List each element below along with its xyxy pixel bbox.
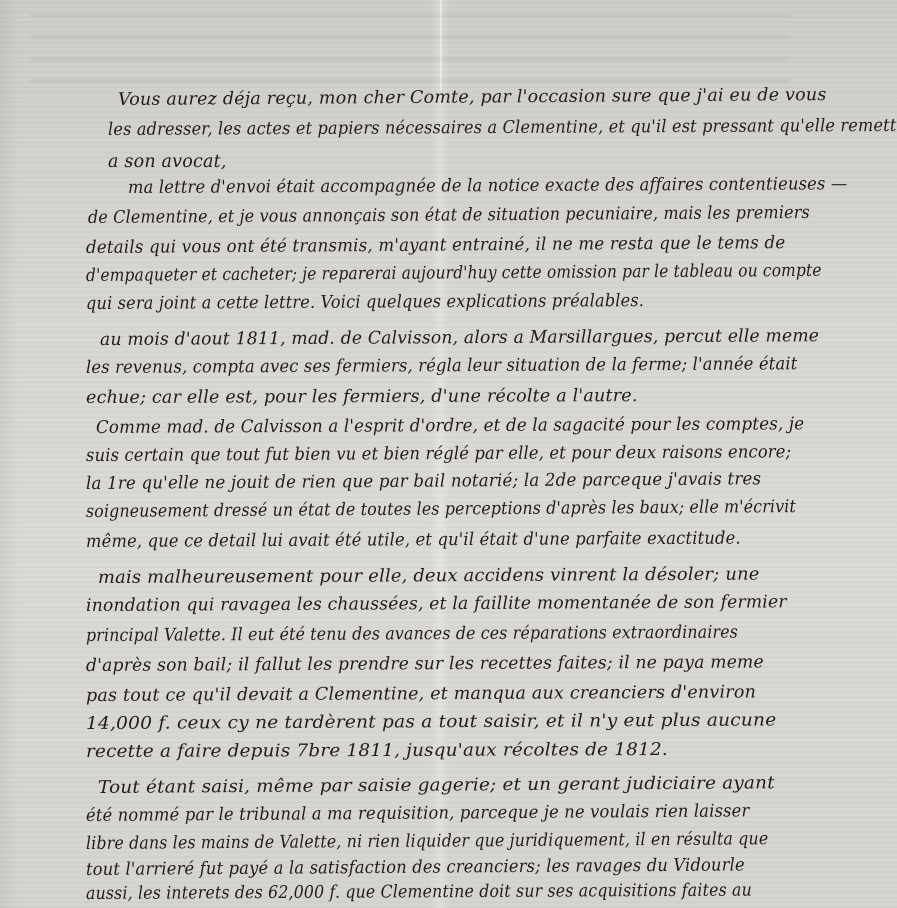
text-line: echue; car elle est, pour les fermiers, … (86, 386, 638, 408)
text-line: recette a faire depuis 7bre 1811, jusqu'… (86, 740, 668, 762)
text-line: Vous aurez déja reçu, mon cher Comte, pa… (118, 85, 827, 110)
text-line: Tout étant saisi, même par saisie gageri… (98, 773, 775, 798)
text-line: pas tout ce qu'il devait a Clementine, e… (86, 682, 756, 706)
text-line: a son avocat, (108, 152, 227, 172)
text-line: d'après son bail; il fallut les prendre … (86, 652, 764, 676)
text-line: aussi, les interets des 62,000 f. que Cl… (86, 881, 752, 904)
text-line: mais malheureusement pour elle, deux acc… (98, 565, 760, 588)
text-line: de Clementine, et je vous annonçais son … (88, 203, 810, 228)
text-line: Comme mad. de Calvisson a l'esprit d'ord… (96, 414, 804, 438)
manuscript-page: Vous aurez déja reçu, mon cher Comte, pa… (0, 0, 897, 908)
text-line: qui sera joint a cette lettre. Voici que… (86, 291, 644, 314)
text-line: tout l'arrieré fut payé a la satisfactio… (86, 855, 745, 880)
text-line: principal Valette. Il eut été tenu des a… (86, 623, 738, 646)
text-line: même, que ce detail lui avait été utile,… (86, 529, 741, 552)
text-line: au mois d'aout 1811, mad. de Calvisson, … (100, 326, 819, 350)
text-line: été nommé par le tribunal a ma requisiti… (86, 801, 750, 826)
text-line: inondation qui ravagea les chaussées, et… (86, 592, 787, 616)
text-line: les revenus, compta avec ses fermiers, r… (86, 354, 798, 378)
text-line: libre dans les mains de Valette, ni rien… (86, 829, 768, 854)
text-line: suis certain que tout fut bien vu et bie… (86, 442, 791, 466)
text-line: d'empaqueter et cacheter; je reparerai a… (86, 261, 822, 286)
paper-fold (440, 0, 442, 90)
text-line: les adresser, les actes et papiers néces… (108, 116, 897, 140)
text-line: 14,000 f. ceux cy ne tardèrent pas a tou… (86, 710, 776, 734)
bleed-through-text (30, 14, 790, 89)
text-line: la 1re qu'elle ne jouit de rien que par … (86, 469, 761, 494)
text-line: details qui vous ont été transmis, m'aya… (86, 233, 785, 258)
text-line: ma lettre d'envoi était accompagnée de l… (128, 174, 847, 198)
text-line: soigneusement dressé un état de toutes l… (86, 497, 796, 522)
